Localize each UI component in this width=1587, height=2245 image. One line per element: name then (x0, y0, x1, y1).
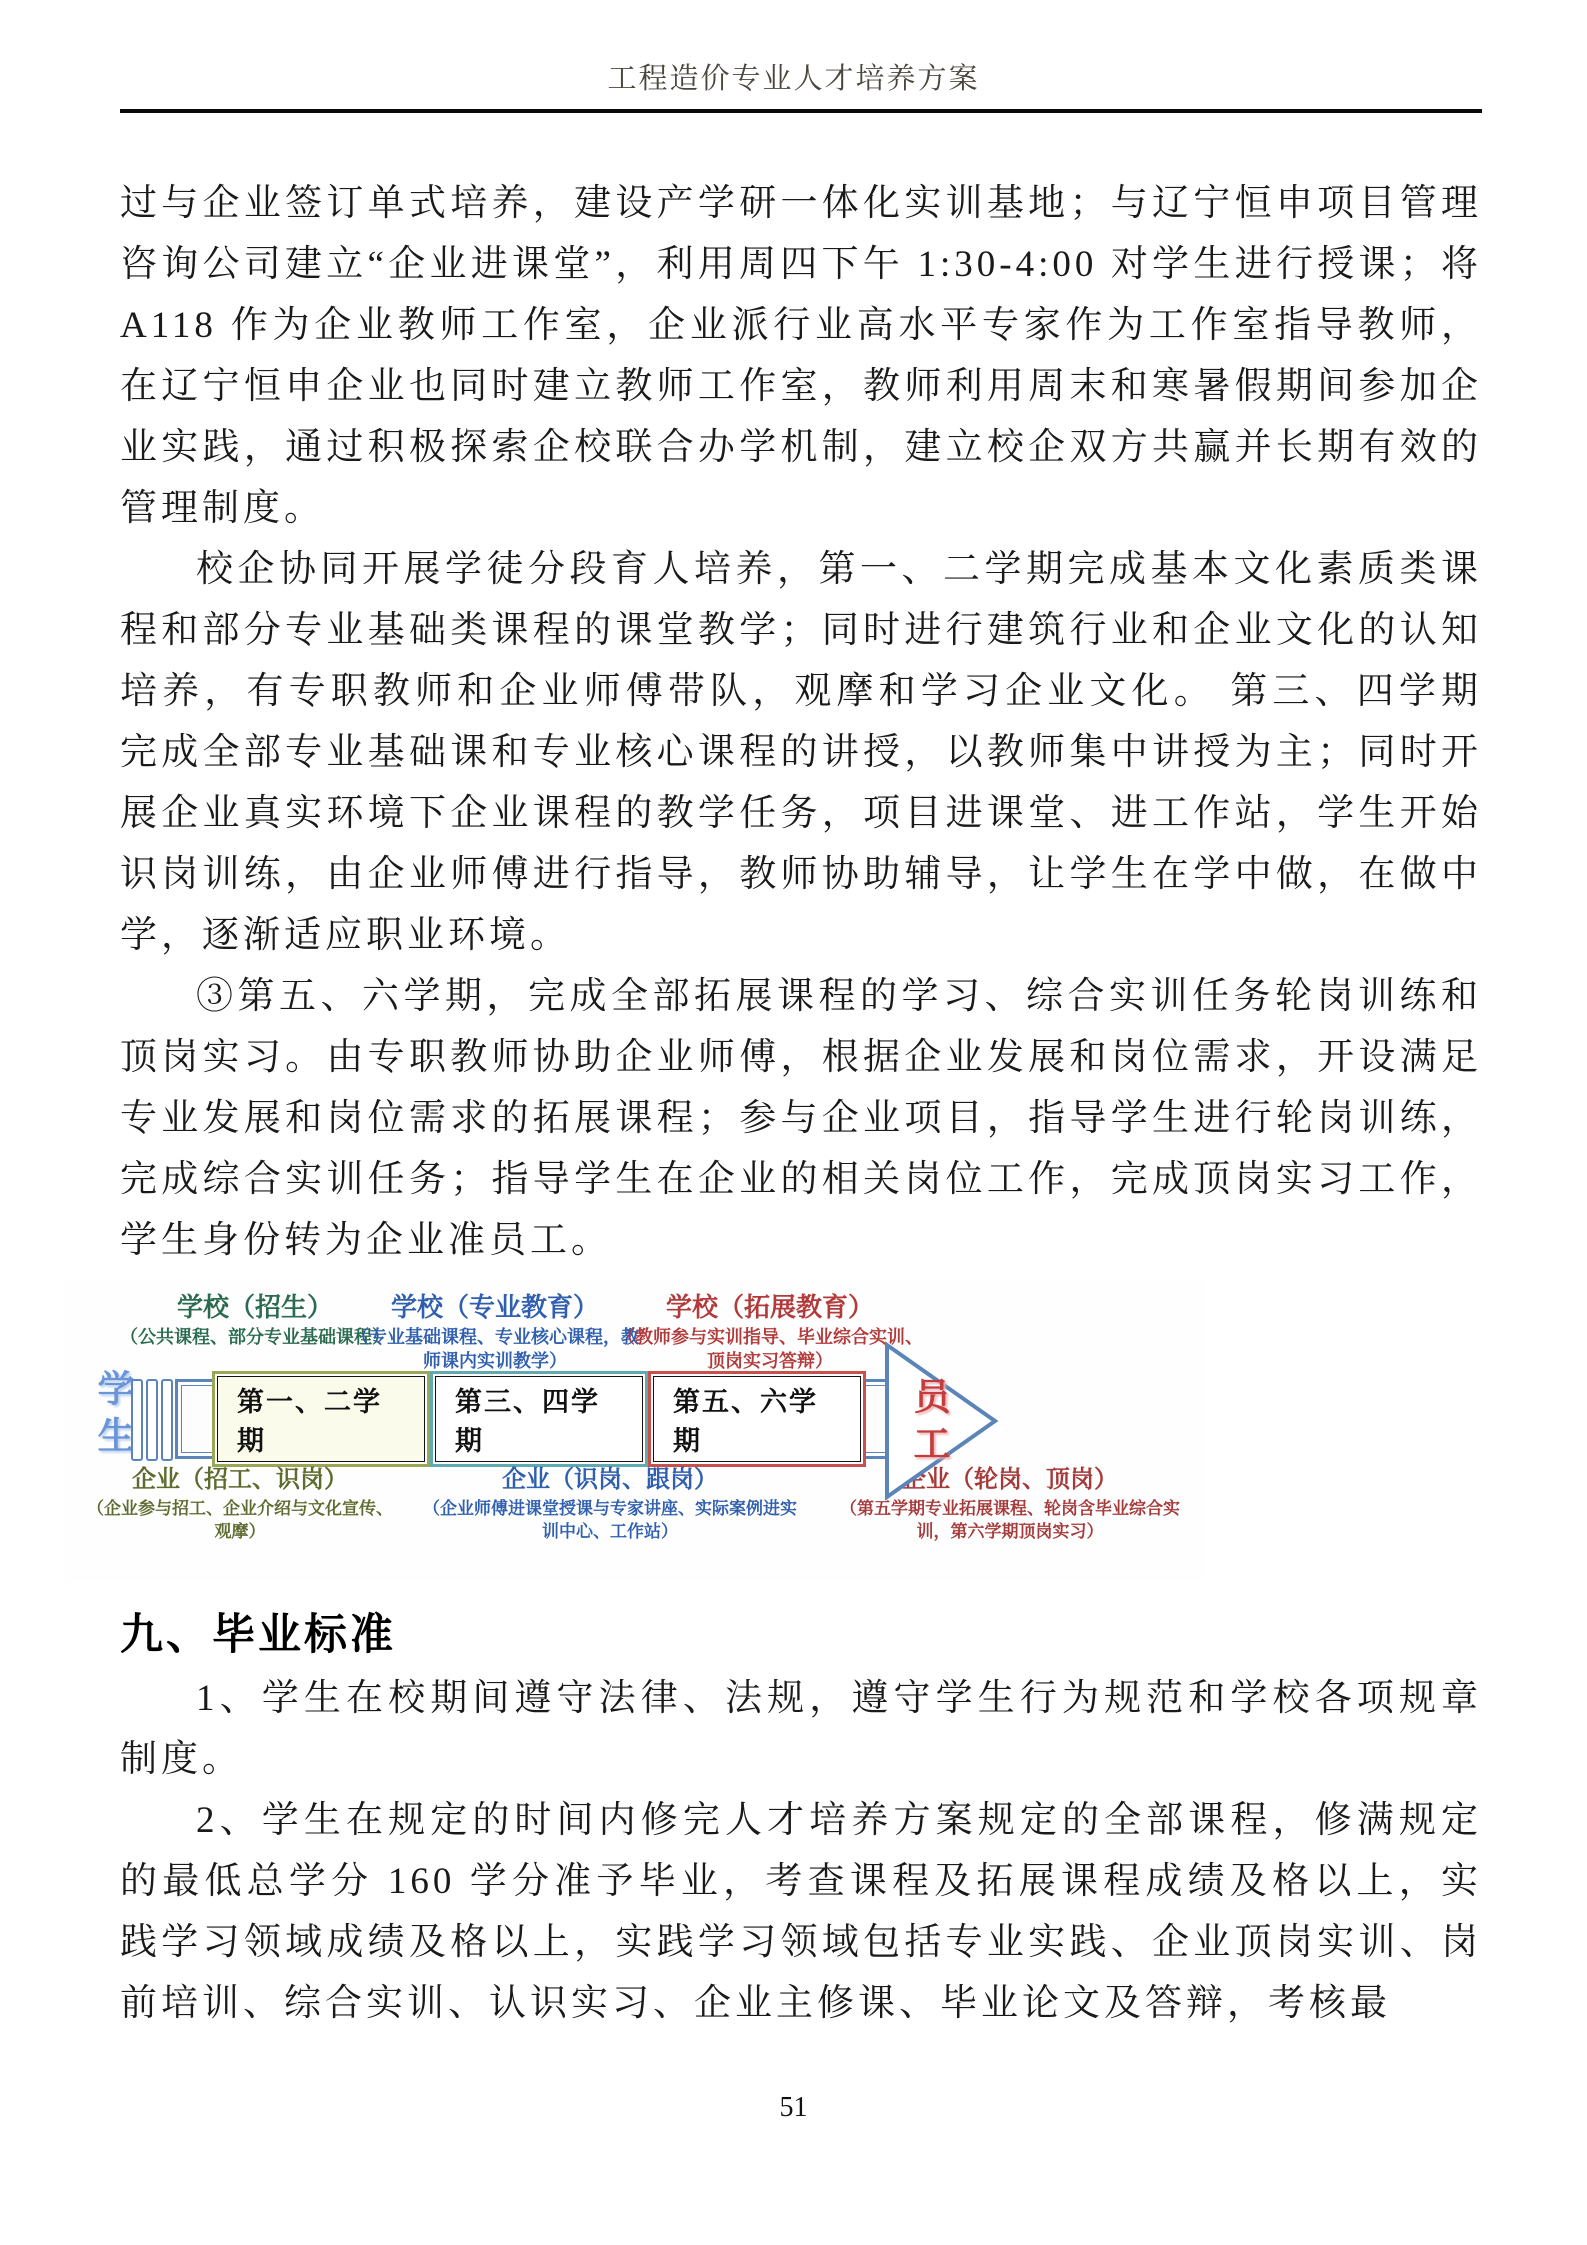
school-phase-2-label: 学校（专业教育） （专业基础课程、专业核心课程，教师课内实训教学） (350, 1291, 640, 1373)
arrow-tail-bar (161, 1379, 173, 1461)
school-phase-2-title: 学校（专业教育） (350, 1291, 640, 1323)
school-phase-2-subtitle: （专业基础课程、专业核心课程，教师课内实训教学） (350, 1325, 640, 1373)
apprenticeship-phases-diagram: 学校（招生） （公共课程、部分专业基础课程） 学校（专业教育） （专业基础课程、… (65, 1281, 1205, 1581)
section-paragraph: 1、学生在校期间遵守法律、法规，遵守学生行为规范和学校各项规章制度。 (120, 1668, 1482, 1790)
document-page: 工程造价专业人才培养方案 过与企业签订单式培养，建设产学研一体化实训基地；与辽宁… (0, 0, 1587, 2245)
header-title: 工程造价专业人才培养方案 (0, 0, 1587, 97)
school-phase-3-label: 学校（拓展教育） （教师参与实训指导、毕业综合实训、顶岗实习答辩） (610, 1291, 930, 1373)
enterprise-phase-2-label: 企业（识岗、跟岗） （企业师傅进课堂授课与专家讲座、实际案例进实训中心、工作站） (415, 1465, 805, 1543)
enterprise-phase-1-title: 企业（招工、识岗） (80, 1465, 400, 1495)
section-heading-graduation-standards: 九、毕业标准 (120, 1601, 1587, 1662)
arrow-tail-bar (131, 1379, 143, 1461)
enterprise-phase-1-label: 企业（招工、识岗） （企业参与招工、企业介绍与文化宣传、观摩） (80, 1465, 400, 1543)
body-paragraph: 过与企业签订单式培养，建设产学研一体化实训基地；与辽宁恒申项目管理咨询公司建立“… (120, 173, 1482, 539)
document-body: 过与企业签订单式培养，建设产学研一体化实训基地；与辽宁恒申项目管理咨询公司建立“… (120, 173, 1482, 1271)
section-paragraph: 2、学生在规定的时间内修完人才培养方案规定的全部课程，修满规定的最低总学分 16… (120, 1790, 1482, 2034)
enterprise-phase-1-subtitle: （企业参与招工、企业介绍与文化宣传、观摩） (80, 1497, 400, 1543)
body-paragraph: ③第五、六学期，完成全部拓展课程的学习、综合实训任务轮岗训练和顶岗实习。由专职教… (120, 966, 1482, 1271)
header-rule (120, 109, 1482, 113)
employee-side-label: 员工 (901, 1377, 955, 1471)
enterprise-phase-3-subtitle: （第五学期专业拓展课程、轮岗含毕业综合实训，第六学期顶岗实习） (830, 1497, 1190, 1543)
enterprise-phase-2-title: 企业（识岗、跟岗） (415, 1465, 805, 1495)
stage-semester-5-6: 第五、六学期 (648, 1371, 866, 1467)
stage-semester-1-2: 第一、二学期 (212, 1371, 430, 1467)
school-phase-3-title: 学校（拓展教育） (610, 1291, 930, 1323)
school-phase-3-subtitle: （教师参与实训指导、毕业综合实训、顶岗实习答辩） (610, 1325, 930, 1373)
arrow-tail-bar (146, 1379, 158, 1461)
page-number: 51 (0, 2092, 1587, 2124)
section-body: 1、学生在校期间遵守法律、法规，遵守学生行为规范和学校各项规章制度。 2、学生在… (120, 1668, 1482, 2034)
timeline-arrow-shaft: 第一、二学期 第三、四学期 第五、六学期 (175, 1379, 903, 1459)
stage-semester-3-4: 第三、四学期 (430, 1371, 648, 1467)
body-paragraph: 校企协同开展学徒分段育人培养，第一、二学期完成基本文化素质类课程和部分专业基础类… (120, 539, 1482, 966)
enterprise-phase-2-subtitle: （企业师傅进课堂授课与专家讲座、实际案例进实训中心、工作站） (415, 1497, 805, 1543)
